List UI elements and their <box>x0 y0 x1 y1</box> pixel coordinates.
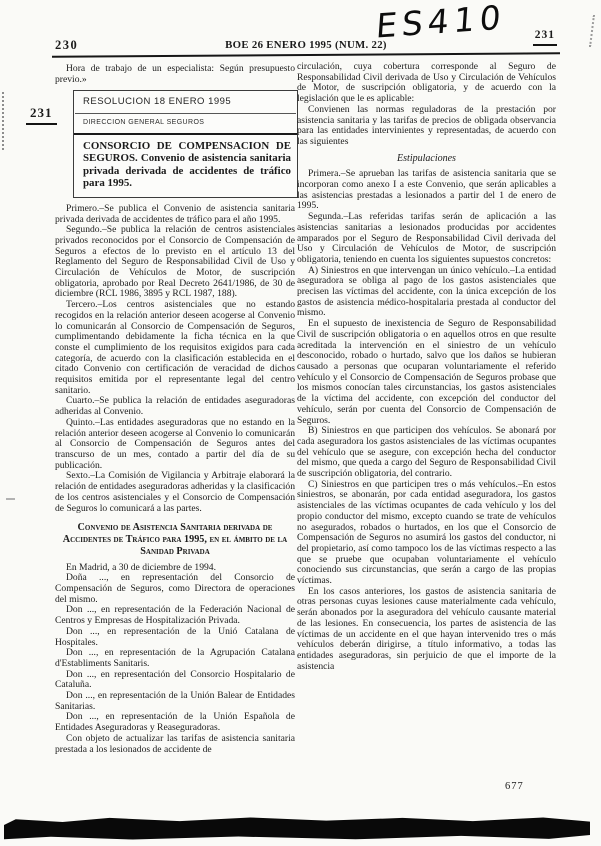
signatory-line: Don ..., en representación de la Unión E… <box>55 712 295 733</box>
estipulaciones-heading: Estipulaciones <box>297 154 556 165</box>
paragraph-tercero: Tercero.–Los centros asistenciales que n… <box>55 300 295 396</box>
resolution-title: CONSORCIO DE COMPENSACION DE SEGUROS. Co… <box>74 135 297 197</box>
paragraph-siniestro-b: B) Siniestros en que participen dos vehí… <box>297 426 556 480</box>
resolution-department: DIRECCION GENERAL SEGUROS <box>74 114 297 133</box>
margin-item-number: 231 <box>26 105 57 125</box>
paragraph-cuarto: Cuarto.–Se publica la relación de entida… <box>55 396 295 417</box>
paragraph-primero: Primero.–Se publica el Convenio de asist… <box>55 204 295 225</box>
paragraph-convienen: Convienen las normas reguladoras de la p… <box>297 105 556 148</box>
footer-page-number: 677 <box>505 781 524 792</box>
paragraph-circulacion: circulación, cuya cobertura corresponde … <box>297 62 556 105</box>
resolution-box: RESOLUCION 18 ENERO 1995 DIRECCION GENER… <box>73 90 298 197</box>
paragraph-casos-anteriores: En los casos anteriores, los gastos de a… <box>297 587 556 673</box>
left-column: Hora de trabajo de un especialista: Segú… <box>55 64 295 755</box>
signatory-line: Don ..., en representación del Consorcio… <box>55 670 295 691</box>
scan-artifact-dotted-left <box>2 92 4 150</box>
paragraph-inexistencia-seguro: En el supuesto de inexistencia de Seguro… <box>297 319 556 426</box>
right-column: circulación, cuya cobertura corresponde … <box>297 62 556 672</box>
signatory-line: Don ..., en representación de la Unió Ca… <box>55 627 295 648</box>
scanned-document-page: 230 BOE 26 ENERO 1995 (NUM. 22) 231 ES41… <box>0 0 601 846</box>
convenio-section-heading: Convenio de Asistencia Sanitaria derivad… <box>57 522 293 557</box>
paragraph-primera: Primera.–Se aprueban las tarifas de asis… <box>297 169 556 212</box>
signatory-line: Don ..., en representación de la Federac… <box>55 605 295 626</box>
paragraph-con-objeto: Con objeto de actualizar las tarifas de … <box>55 734 295 755</box>
paragraph-quinto: Quinto.–Las entidades aseguradoras que n… <box>55 418 295 472</box>
signatory-line: Don ..., en representación de la Agrupac… <box>55 648 295 669</box>
scan-artifact-dash <box>6 498 15 500</box>
paragraph-siniestro-c: C) Siniestros en que participen tres o m… <box>297 480 556 587</box>
paragraph-segundo: Segundo.–Se publica la relación de centr… <box>55 225 295 300</box>
signatory-line: Doña ..., en representación del Consorci… <box>55 573 295 605</box>
resolution-number-line: RESOLUCION 18 ENERO 1995 <box>74 91 297 113</box>
page-header: 230 BOE 26 ENERO 1995 (NUM. 22) 231 <box>55 36 557 54</box>
paragraph-segunda: Segunda.–Las referidas tarifas serán de … <box>297 212 556 266</box>
header-title: BOE 26 ENERO 1995 (NUM. 22) <box>55 39 557 51</box>
scan-black-bar <box>4 817 590 840</box>
page-number-right: 231 <box>533 29 557 46</box>
paragraph-intro: Hora de trabajo de un especialista: Segú… <box>55 64 295 85</box>
paragraph-sexto: Sexto.–La Comisión de Vigilancia y Arbit… <box>55 471 295 514</box>
paragraph-siniestro-a: A) Siniestros en que intervengan un únic… <box>297 266 556 320</box>
scan-artifact-dotted-right <box>589 15 595 47</box>
signatory-line: Don ..., en representación de la Unión B… <box>55 691 295 712</box>
